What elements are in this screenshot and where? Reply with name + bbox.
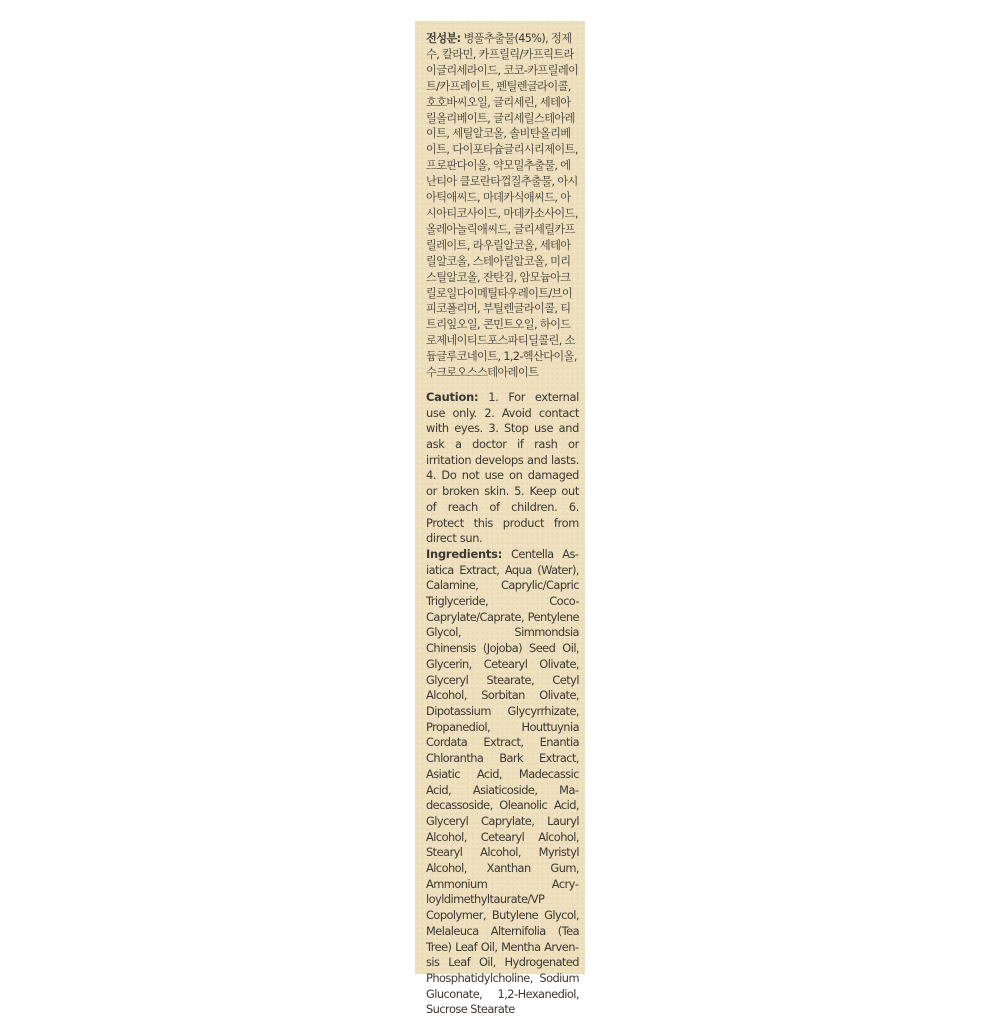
korean-ingredients-heading: 전성분:	[426, 32, 461, 45]
caution-block: Caution: 1. For external use only. 2. Av…	[426, 390, 579, 547]
ingredients-text: Centella As­iatica Extract, Aqua (Water)…	[426, 547, 579, 1000]
caution-text: 1. For external use only. 2. Avoid conta…	[426, 390, 579, 545]
ingredients-block: Ingredients: Centella As­iatica Extract,…	[426, 547, 579, 1000]
product-label-panel: 전성분: 병풀추출물(45%), 정제수, 칼라민, 카프릴릭/카프릭트라이글리…	[415, 21, 585, 974]
caution-heading: Caution:	[426, 390, 478, 404]
korean-ingredients-text: 병풀추출물(45%), 정제수, 칼라민, 카프릴릭/카프릭트라이글리세라이드,…	[426, 32, 578, 379]
ingredients-heading: Ingredients:	[426, 547, 502, 561]
korean-ingredients-block: 전성분: 병풀추출물(45%), 정제수, 칼라민, 카프릴릭/카프릭트라이글리…	[426, 31, 579, 381]
